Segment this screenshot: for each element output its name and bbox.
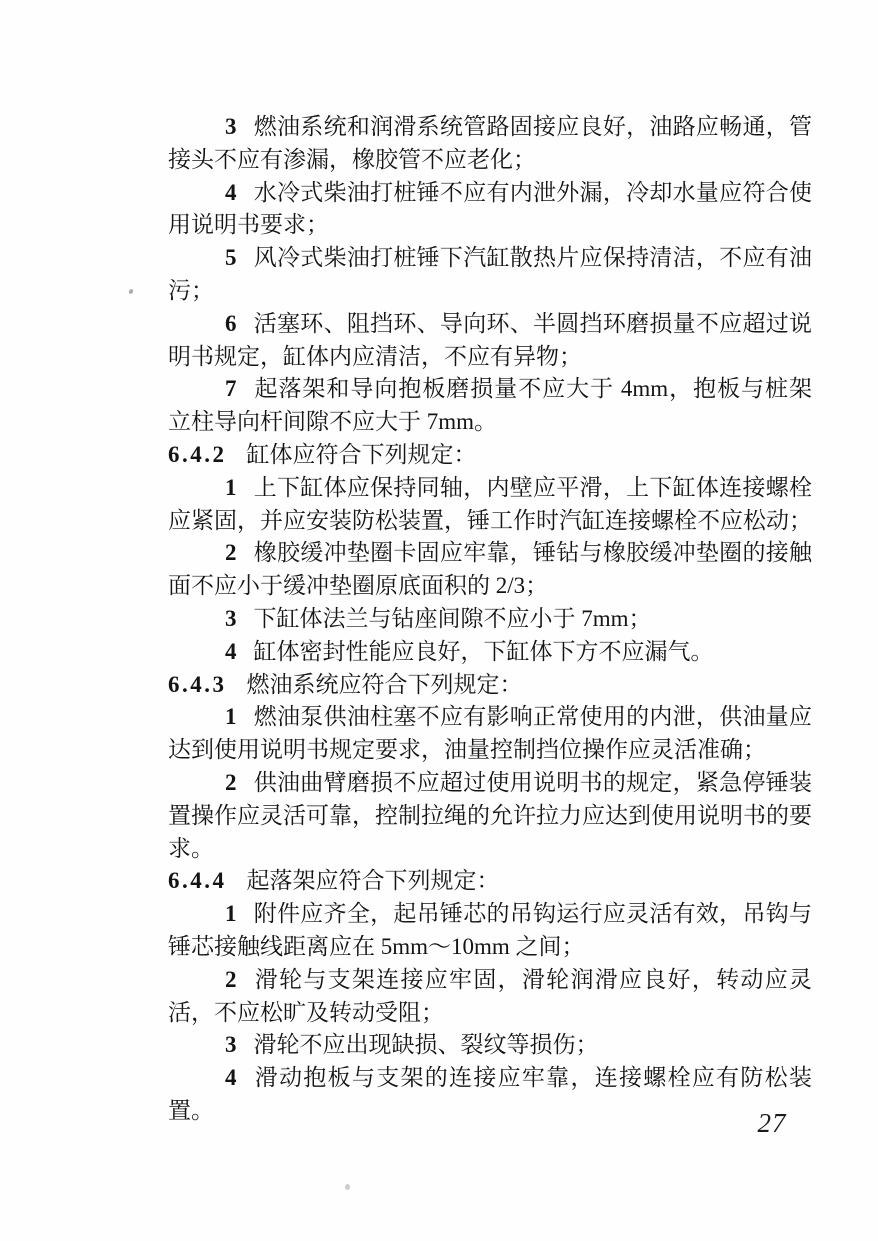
item-text: 滑动抱板与支架的连接应牢靠，连接螺栓应有防松装置。 [168, 1065, 812, 1123]
clause-number: 6.4.4 [168, 868, 227, 893]
clause-item: 3下缸体法兰与钻座间隙不应小于 7mm； [168, 603, 812, 636]
clause-item: 7起落架和导向抱板磨损量不应大于 4mm，抱板与桩架立柱导向杆间隙不应大于 7m… [168, 373, 812, 439]
item-number: 1 [225, 704, 237, 729]
clause-item: 3滑轮不应出现缺损、裂纹等损伤； [168, 1029, 812, 1062]
clause-item: 1燃油泵供油柱塞不应有影响正常使用的内泄，供油量应达到使用说明书规定要求，油量控… [168, 701, 812, 767]
clause-title: 燃油系统应符合下列规定： [247, 672, 523, 697]
item-number: 2 [225, 967, 237, 992]
document-page: 3燃油系统和润滑系统管路固接应良好，油路应畅通，管接头不应有渗漏，橡胶管不应老化… [0, 0, 878, 1241]
item-text: 缸体密封性能应良好，下缸体下方不应漏气。 [254, 639, 714, 664]
clause-title: 缸体应符合下列规定： [247, 442, 477, 467]
clause-item: 2滑轮与支架连接应牢固，滑轮润滑应良好，转动应灵活，不应松旷及转动受阻； [168, 964, 812, 1030]
item-number: 4 [225, 639, 237, 664]
clause-item: 2橡胶缓冲垫圈卡固应牢靠，锤钻与橡胶缓冲垫圈的接触面不应小于缓冲垫圈原底面积的 … [168, 537, 812, 603]
item-number: 1 [225, 475, 237, 500]
item-number: 6 [225, 311, 237, 336]
item-text: 水冷式柴油打桩锤不应有内泄外漏，冷却水量应符合使用说明书要求； [168, 180, 812, 238]
item-number: 5 [225, 245, 237, 270]
item-number: 2 [225, 540, 237, 565]
item-number: 4 [225, 180, 237, 205]
document-body: 3燃油系统和润滑系统管路固接应良好，油路应畅通，管接头不应有渗漏，橡胶管不应老化… [168, 111, 812, 1128]
item-text: 滑轮不应出现缺损、裂纹等损伤； [254, 1032, 599, 1057]
clause-item: 1附件应齐全，起吊锤芯的吊钩运行应灵活有效，吊钩与锤芯接触线距离应在 5mm～1… [168, 898, 812, 964]
item-text: 活塞环、阻挡环、导向环、半圆挡环磨损量不应超过说明书规定，缸体内应清洁，不应有异… [168, 311, 812, 369]
clause-number: 6.4.3 [168, 672, 227, 697]
item-number: 2 [225, 770, 237, 795]
clause-item: 5风冷式柴油打桩锤下汽缸散热片应保持清洁，不应有油污； [168, 242, 812, 308]
item-number: 3 [225, 1032, 237, 1057]
item-number: 3 [225, 114, 237, 139]
clause-item: 4水冷式柴油打桩锤不应有内泄外漏，冷却水量应符合使用说明书要求； [168, 177, 812, 243]
page-number: 27 [750, 1108, 794, 1139]
item-text: 附件应齐全，起吊锤芯的吊钩运行应灵活有效，吊钩与锤芯接触线距离应在 5mm～10… [168, 901, 812, 959]
item-text: 燃油泵供油柱塞不应有影响正常使用的内泄，供油量应达到使用说明书规定要求，油量控制… [168, 704, 812, 762]
item-text: 下缸体法兰与钻座间隙不应小于 7mm； [254, 606, 652, 631]
item-text: 起落架和导向抱板磨损量不应大于 4mm，抱板与桩架立柱导向杆间隙不应大于 7mm… [168, 376, 812, 434]
clause-item: 3燃油系统和润滑系统管路固接应良好，油路应畅通，管接头不应有渗漏，橡胶管不应老化… [168, 111, 812, 177]
item-text: 燃油系统和润滑系统管路固接应良好，油路应畅通，管接头不应有渗漏，橡胶管不应老化； [168, 114, 812, 172]
clause-item: 1上下缸体应保持同轴，内壁应平滑，上下缸体连接螺栓应紧固，并应安装防松装置，锤工… [168, 472, 812, 538]
clause-item: 2供油曲臂磨损不应超过使用说明书的规定，紧急停锤装置操作应灵活可靠，控制拉绳的允… [168, 767, 812, 865]
item-number: 1 [225, 901, 237, 926]
clause-item: 4滑动抱板与支架的连接应牢靠，连接螺栓应有防松装置。 [168, 1062, 812, 1128]
item-text: 滑轮与支架连接应牢固，滑轮润滑应良好，转动应灵活，不应松旷及转动受阻； [168, 967, 812, 1025]
item-text: 橡胶缓冲垫圈卡固应牢靠，锤钻与橡胶缓冲垫圈的接触面不应小于缓冲垫圈原底面积的 2… [168, 540, 812, 598]
scan-speck [345, 1184, 350, 1190]
scan-speck [128, 288, 134, 294]
clause-heading: 6.4.3燃油系统应符合下列规定： [168, 669, 812, 702]
clause-heading: 6.4.4起落架应符合下列规定： [168, 865, 812, 898]
item-text: 上下缸体应保持同轴，内壁应平滑，上下缸体连接螺栓应紧固，并应安装防松装置，锤工作… [168, 475, 812, 533]
clause-number: 6.4.2 [168, 442, 227, 467]
item-number: 4 [225, 1065, 237, 1090]
item-text: 风冷式柴油打桩锤下汽缸散热片应保持清洁，不应有油污； [168, 245, 812, 303]
item-number: 7 [225, 376, 237, 401]
clause-item: 6活塞环、阻挡环、导向环、半圆挡环磨损量不应超过说明书规定，缸体内应清洁，不应有… [168, 308, 812, 374]
item-text: 供油曲臂磨损不应超过使用说明书的规定，紧急停锤装置操作应灵活可靠，控制拉绳的允许… [168, 770, 812, 861]
item-number: 3 [225, 606, 237, 631]
clause-title: 起落架应符合下列规定： [247, 868, 500, 893]
clause-heading: 6.4.2缸体应符合下列规定： [168, 439, 812, 472]
clause-item: 4缸体密封性能应良好，下缸体下方不应漏气。 [168, 636, 812, 669]
